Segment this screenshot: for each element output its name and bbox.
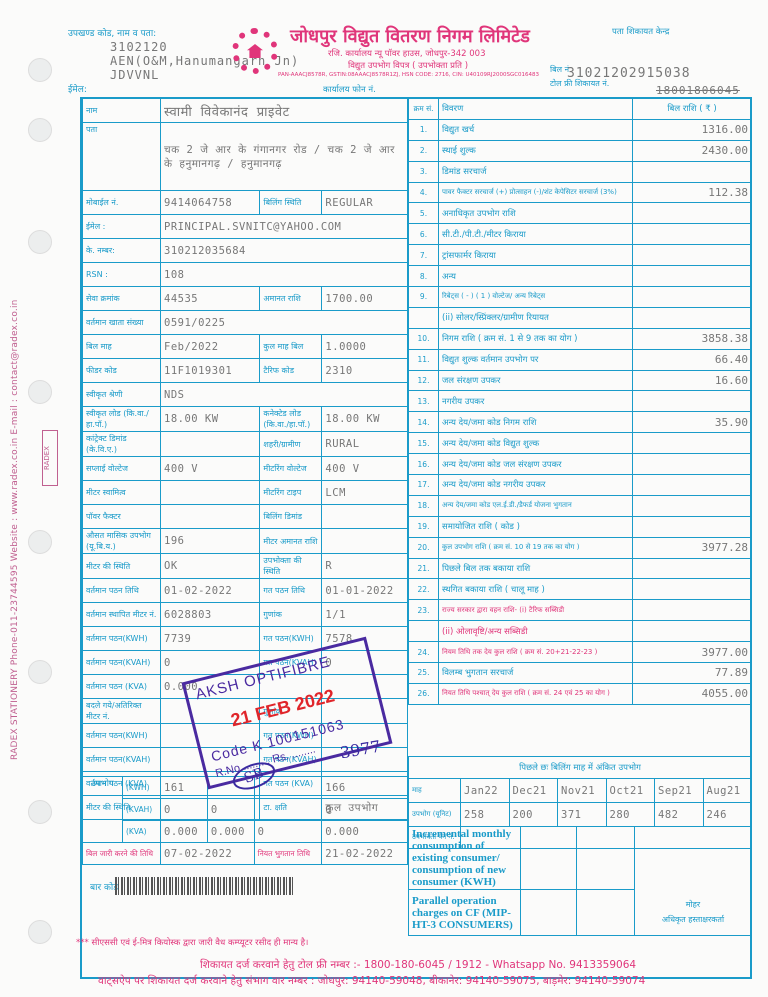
charge-desc: अन्य देय/जमा कोड नगरीय उपकर — [439, 475, 633, 496]
doc-type: विद्युत उपभोग विपत्र ( उपभोक्ता प्रति ) — [348, 60, 468, 71]
charge-row: 26.नियत तिथि पश्चात् देय कुल राशि ( क्रम… — [409, 683, 752, 704]
charge-no: 1. — [409, 119, 439, 140]
charge-amount — [633, 433, 752, 454]
punch-hole — [28, 230, 52, 254]
seal-label: मोहर — [638, 899, 748, 910]
charge-desc: अन्य देय/जमा कोड निगम राशि — [439, 412, 633, 433]
field-value: 01-02-2022 — [161, 579, 260, 603]
charge-row: (ii) ओलावृष्टि/अन्य सब्सिडी — [409, 621, 752, 642]
table-row: नामस्वामी विवेकानंद प्राइवेट — [83, 99, 408, 123]
field-value: 7739 — [161, 627, 260, 651]
charge-row: 20.कुल उपभोग राशि ( क्रम सं. 10 से 19 तक… — [409, 537, 752, 558]
charge-desc: राज्य सरकार द्वारा वहन राशि- (i) टैरिफ स… — [439, 600, 633, 621]
charge-no: 22. — [409, 579, 439, 600]
field-label: बिल माह — [83, 335, 161, 359]
charge-row: 13.नगरीय उपकर — [409, 391, 752, 412]
footer-tollfree: शिकायत दर्ज करवाने हेतु टोल फ्री नम्बर :… — [200, 958, 636, 972]
table-row: स्वीकृत लोड (कि.वा./हा.पॉ.)18.00 KWकनेक्… — [83, 407, 408, 432]
charge-no: 10. — [409, 328, 439, 349]
charge-no: 19. — [409, 516, 439, 537]
charge-amount: 16.60 — [633, 370, 752, 391]
tollfree-label: टोल फ्री शिकायत नं. — [550, 78, 609, 89]
field-label: गुणांक — [260, 603, 322, 627]
field-value — [322, 529, 408, 554]
field-label: पता — [83, 123, 161, 191]
field-value: LCM — [322, 481, 408, 505]
table-row: स्वीकृत श्रेणीNDS — [83, 383, 408, 407]
charge-no: 18. — [409, 495, 439, 516]
field-value: स्वामी विवेकानंद प्राइवेट — [161, 99, 408, 123]
consumption-value: 0 — [322, 799, 408, 821]
charge-row: 15.अन्य देय/जमा कोड विद्युत शुल्क — [409, 433, 752, 454]
charge-no: 7. — [409, 245, 439, 266]
field-value: 11F1019301 — [161, 359, 260, 383]
field-label: वर्तमान खाता संख्या — [83, 311, 161, 335]
history-label: माह — [409, 779, 461, 803]
bill-date-label: बिल जारी करने की तिथि — [83, 843, 161, 865]
charge-desc: स्थगित बकाया राशि ( चालू माह ) — [439, 579, 633, 600]
field-label: पॉवर फैक्टर — [83, 505, 161, 529]
charge-no: 11. — [409, 349, 439, 370]
charge-no: 21. — [409, 558, 439, 579]
charge-amount — [633, 579, 752, 600]
punch-hole — [28, 58, 52, 82]
email-label: ईमेल: — [68, 82, 87, 95]
charge-amount — [633, 600, 752, 621]
field-value: NDS — [161, 383, 408, 407]
charge-no: 20. — [409, 537, 439, 558]
history-title-row: पिछले छः बिलिंग माह में अंकित उपभोग — [409, 757, 752, 779]
field-label: गत पठन तिथि — [260, 579, 322, 603]
charge-no — [409, 621, 439, 642]
field-value: 2310 — [322, 359, 408, 383]
field-label: बदले गये/अतिरिक्त मीटर नं. — [83, 699, 161, 724]
table-row: मीटर की स्थितिOKउपभोक्ता की स्थितिR — [83, 554, 408, 579]
field-label: मीटर की स्थिति — [83, 554, 161, 579]
charge-row: 9.रिबेट्स ( - ) ( 1 ) वोल्टेज/ अन्य रिबे… — [409, 287, 752, 308]
field-value — [322, 505, 408, 529]
field-label: वर्तमान पठन(KVAH) — [83, 748, 161, 772]
field-label: कनेक्टेड लोड (कि.वा./हा.पॉ.) — [260, 407, 322, 432]
charge-desc: सी.टी./पी.टी./मीटर किराया — [439, 224, 633, 245]
field-value — [161, 432, 260, 457]
field-value: 18.00 KW — [322, 407, 408, 432]
field-label: वर्तमान पठन(KWH) — [83, 724, 161, 748]
table-row: पताचक 2 जे आर के गंगानगर रोड / चक 2 जे आ… — [83, 123, 408, 191]
field-label: वर्तमान पठन तिथि — [83, 579, 161, 603]
table-row: के. नम्बर:310212035684 — [83, 239, 408, 263]
consumption-value: 0 — [161, 799, 208, 821]
field-label: मीटरिंग टाइप — [260, 481, 322, 505]
charge-amount — [633, 475, 752, 496]
field-label: उपभोक्ता की स्थिति — [260, 554, 322, 579]
charge-amount — [633, 224, 752, 245]
charge-desc: ट्रांसफार्मर किराया — [439, 245, 633, 266]
charge-desc: विलम्ब भुगतान सरचार्ज — [439, 663, 633, 684]
charge-amount: 3977.00 — [633, 642, 752, 663]
charge-row: 14.अन्य देय/जमा कोड निगम राशि35.90 — [409, 412, 752, 433]
field-value: 400 V — [161, 457, 260, 481]
field-value: 0591/0225 — [161, 311, 408, 335]
field-value: R — [322, 554, 408, 579]
charge-no: 13. — [409, 391, 439, 412]
field-label: वर्तमान पठन(KWH) — [83, 627, 161, 651]
field-label: मोबाईल नं. — [83, 191, 161, 215]
charge-desc: पिछले बिल तक बकाया राशि — [439, 558, 633, 579]
printer-imprint: RADEX STATIONERY Phone-011-23744595 Webs… — [10, 299, 20, 760]
charges-table: क्रम सं.विवरणबिल राशि ( ₹ )1.विद्युत खर्… — [408, 98, 752, 705]
charge-amount — [633, 454, 752, 475]
col-desc-header: विवरण — [439, 99, 633, 120]
punch-hole — [28, 380, 52, 404]
field-value: 400 V — [322, 457, 408, 481]
consumption-value: 0.000 — [161, 821, 208, 843]
charge-amount — [633, 495, 752, 516]
field-label: स्वीकृत श्रेणी — [83, 383, 161, 407]
charge-desc: रिबेट्स ( - ) ( 1 ) वोल्टेज/ अन्य रिबेट्… — [439, 287, 633, 308]
punch-hole — [28, 800, 52, 824]
charge-amount — [633, 287, 752, 308]
charge-row: 6.सी.टी./पी.टी./मीटर किराया — [409, 224, 752, 245]
charge-no: 26. — [409, 683, 439, 704]
charge-amount: 77.89 — [633, 663, 752, 684]
charge-no: 17. — [409, 475, 439, 496]
unit-label: (KWH) — [123, 777, 161, 799]
office-phone-label: कार्यालय फोन नं. — [323, 84, 376, 95]
dates-row: बिल जारी करने की तिथि07-02-2022नियत भुगत… — [83, 843, 408, 865]
charge-no: 9. — [409, 287, 439, 308]
charge-desc: (ii) सोलर/स्प्रिंक्लर/ग्रामीण रियायत — [439, 307, 633, 328]
field-label: मीटरिंग वोल्टेज — [260, 457, 322, 481]
charge-row: 10.निगम राशि ( क्रम सं. 1 से 9 तक का योग… — [409, 328, 752, 349]
field-value: Feb/2022 — [161, 335, 260, 359]
charge-desc: समायोजित राशि ( कोड ) — [439, 516, 633, 537]
charge-no: 2. — [409, 140, 439, 161]
table-row: पॉवर फैक्टरबिलिंग डिमांड — [83, 505, 408, 529]
charge-desc: (ii) ओलावृष्टि/अन्य सब्सिडी — [439, 621, 633, 642]
table-header: क्रम सं.विवरणबिल राशि ( ₹ ) — [409, 99, 752, 120]
field-label: वर्तमान पठन (KVA) — [83, 675, 161, 699]
charge-row: 1.विद्युत खर्च1316.00 — [409, 119, 752, 140]
charge-no: 23. — [409, 600, 439, 621]
misc-table: Incremental monthly consumption of exist… — [408, 826, 752, 936]
charge-amount — [633, 266, 752, 287]
charge-desc: स्थाई शुल्क — [439, 140, 633, 161]
field-label: कुल माह बिल — [260, 335, 322, 359]
field-value: 1/1 — [322, 603, 408, 627]
field-label: कांट्रेक्ट डिमांड (के.वि.ए.) — [83, 432, 161, 457]
due-date: 21-02-2022 — [322, 843, 408, 865]
consumption-value: 0.000 — [207, 821, 254, 843]
charge-desc: नगरीय उपकर — [439, 391, 633, 412]
history-value: 200 — [509, 803, 558, 827]
table-row: बिल माहFeb/2022कुल माह बिल1.0000 — [83, 335, 408, 359]
jdvvnl-logo-icon — [232, 28, 278, 74]
history-value: Aug21 — [703, 779, 752, 803]
org-pan: PAN-AAACJ8578R, GSTIN:08AAACJ8578R1ZJ, H… — [278, 72, 539, 78]
complaint-center-label: पता शिकायत केन्द्र — [612, 26, 669, 37]
charge-no: 16. — [409, 454, 439, 475]
subdivision-org: JDVVNL — [110, 68, 299, 82]
tollfree-number: 18001806045 — [656, 84, 740, 97]
charge-row: (ii) सोलर/स्प्रिंक्लर/ग्रामीण रियायत — [409, 307, 752, 328]
charge-row: 5.अनाधिकृत उपभोग राशि — [409, 203, 752, 224]
field-label: अमानत राशि — [260, 287, 322, 311]
charge-row: 21.पिछले बिल तक बकाया राशि — [409, 558, 752, 579]
charge-no: 24. — [409, 642, 439, 663]
charge-row: 16.अन्य देय/जमा कोड जल संरक्षण उपकर — [409, 454, 752, 475]
charge-amount — [633, 621, 752, 642]
charge-no: 15. — [409, 433, 439, 454]
charge-desc: अन्य देय/जमा कोड विद्युत शुल्क — [439, 433, 633, 454]
consumption-label: उपभोग — [83, 777, 123, 843]
charge-desc: विद्युत शुल्क वर्तमान उपभोग पर — [439, 349, 633, 370]
field-value: REGULAR — [322, 191, 408, 215]
field-label: सेवा क्रमांक — [83, 287, 161, 311]
incremental-label: Incremental monthly consumption of exist… — [409, 827, 521, 890]
charge-row: 23.राज्य सरकार द्वारा वहन राशि- (i) टैरि… — [409, 600, 752, 621]
field-label: ईमेल : — [83, 215, 161, 239]
table-row: फीडर कोड11F1019301टैरिफ कोड2310 — [83, 359, 408, 383]
field-label: वर्तमान पठन(KVAH) — [83, 651, 161, 675]
history-row: माहJan22Dec21Nov21Oct21Sep21Aug21 — [409, 779, 752, 803]
charge-desc: विद्युत खर्च — [439, 119, 633, 140]
charge-no: 6. — [409, 224, 439, 245]
charge-amount — [633, 203, 752, 224]
charge-amount: 2430.00 — [633, 140, 752, 161]
field-value: 196 — [161, 529, 260, 554]
field-label: RSN : — [83, 263, 161, 287]
consumption-value: 161 — [161, 777, 208, 799]
table-row: मीटर स्वामित्वमीटरिंग टाइपLCM — [83, 481, 408, 505]
field-label: मीटर स्वामित्व — [83, 481, 161, 505]
due-date-label: नियत भुगतान तिथि — [254, 843, 322, 865]
charge-amount — [633, 307, 752, 328]
field-label: शहरी/ग्रामीण — [260, 432, 322, 457]
punch-hole — [28, 920, 52, 944]
table-row: वर्तमान स्थापित मीटर नं.6028803गुणांक1/1 — [83, 603, 408, 627]
charge-row: 3.डिमांड सरचार्ज — [409, 161, 752, 182]
charge-no: 25. — [409, 663, 439, 684]
charge-row: 24.नियम तिथि तक देय कुल राशि ( क्रम सं. … — [409, 642, 752, 663]
history-title: पिछले छः बिलिंग माह में अंकित उपभोग — [409, 757, 752, 779]
table-row: RSN :108 — [83, 263, 408, 287]
charge-desc: अन्य देय/जमा कोड एल.ई.डी./डैफर्ड योजना भ… — [439, 495, 633, 516]
field-label: सप्लाई वोल्टेज — [83, 457, 161, 481]
charge-desc: नियम तिथि तक देय कुल राशि ( क्रम सं. 20+… — [439, 642, 633, 663]
col-amt-header: बिल राशि ( ₹ ) — [633, 99, 752, 120]
consumption-value — [254, 799, 322, 821]
charge-row: 22.स्थगित बकाया राशि ( चालू माह ) — [409, 579, 752, 600]
charge-desc: कुल उपभोग राशि ( क्रम सं. 10 से 19 तक का… — [439, 537, 633, 558]
field-value: 9414064758 — [161, 191, 260, 215]
history-value: Nov21 — [558, 779, 607, 803]
field-value — [161, 481, 260, 505]
consumption-value: 0.000 — [322, 821, 408, 843]
charge-row: 18.अन्य देय/जमा कोड एल.ई.डी./डैफर्ड योजन… — [409, 495, 752, 516]
charge-row: 12.जल संरक्षण उपकर16.60 — [409, 370, 752, 391]
charge-amount: 66.40 — [633, 349, 752, 370]
field-label: बिलिंग डिमांड — [260, 505, 322, 529]
payment-notice: *** सीएससी एवं ई-मित्र कियोस्क द्वारा जा… — [76, 937, 308, 948]
history-label: उपभोग (यूनिट) — [409, 803, 461, 827]
bill-date: 07-02-2022 — [161, 843, 255, 865]
charge-no — [409, 307, 439, 328]
field-value: 1700.00 — [322, 287, 408, 311]
table-row: कांट्रेक्ट डिमांड (के.वि.ए.)शहरी/ग्रामीण… — [83, 432, 408, 457]
charge-row: 19.समायोजित राशि ( कोड ) — [409, 516, 752, 537]
charge-amount: 3977.28 — [633, 537, 752, 558]
unit-label: (KVA) — [123, 821, 161, 843]
charge-amount — [633, 245, 752, 266]
field-label: औसत मासिक उपभोग (यू.बि.य.) — [83, 529, 161, 554]
charge-amount — [633, 516, 752, 537]
charge-no: 14. — [409, 412, 439, 433]
consumption-value: 0 — [207, 799, 254, 821]
consumption-value: 166 — [322, 777, 408, 799]
table-row: वर्तमान खाता संख्या0591/0225 — [83, 311, 408, 335]
parallel-label: Parallel operation charges on CF (MIP-HT… — [409, 890, 521, 936]
field-value: RURAL — [322, 432, 408, 457]
table-row: ईमेल :PRINCIPAL.SVNITC@YAHOO.COM — [83, 215, 408, 239]
field-label: वर्तमान स्थापित मीटर नं. — [83, 603, 161, 627]
field-value: चक 2 जे आर के गंगानगर रोड / चक 2 जे आर क… — [161, 123, 408, 191]
table-row: वर्तमान पठन तिथि01-02-2022गत पठन तिथि01-… — [83, 579, 408, 603]
field-value: 1.0000 — [322, 335, 408, 359]
field-label: नाम — [83, 99, 161, 123]
punch-hole — [28, 530, 52, 554]
charge-amount: 4055.00 — [633, 683, 752, 704]
charge-amount: 35.90 — [633, 412, 752, 433]
charge-no: 5. — [409, 203, 439, 224]
field-label: गत पठन(KWH) — [260, 627, 322, 651]
history-value: Sep21 — [655, 779, 704, 803]
table-row: मोबाईल नं.9414064758बिलिंग स्थितिREGULAR — [83, 191, 408, 215]
field-value: PRINCIPAL.SVNITC@YAHOO.COM — [161, 215, 408, 239]
field-value: OK — [161, 554, 260, 579]
history-value: 258 — [461, 803, 510, 827]
table-row: औसत मासिक उपभोग (यू.बि.य.)196मीटर अमानत … — [83, 529, 408, 554]
consumption-value: 0 — [254, 821, 322, 843]
org-title: जोधपुर विद्युत वितरण निगम लिमिटेड — [290, 24, 530, 48]
field-value: 01-01-2022 — [322, 579, 408, 603]
bill-paper: RADEX STATIONERY Phone-011-23744595 Webs… — [0, 0, 768, 997]
charge-desc: जल संरक्षण उपकर — [439, 370, 633, 391]
charge-row: 11.विद्युत शुल्क वर्तमान उपभोग पर66.40 — [409, 349, 752, 370]
field-label: बिलिंग स्थिति — [260, 191, 322, 215]
charge-no: 8. — [409, 266, 439, 287]
field-value — [161, 505, 260, 529]
charge-row: 17.अन्य देय/जमा कोड नगरीय उपकर — [409, 475, 752, 496]
charge-desc: पावर फैक्टर सरचार्ज (+) प्रोत्साहन (-)/श… — [439, 182, 633, 203]
field-label: स्वीकृत लोड (कि.वा./हा.पॉ.) — [83, 407, 161, 432]
charge-desc: अन्य देय/जमा कोड जल संरक्षण उपकर — [439, 454, 633, 475]
history-value: Dec21 — [509, 779, 558, 803]
charge-desc: नियत तिथि पश्चात् देय कुल राशि ( क्रम सं… — [439, 683, 633, 704]
charge-amount: 1316.00 — [633, 119, 752, 140]
signatory-label: अधिकृत हस्ताक्षरकर्ता — [638, 914, 748, 925]
unit-label: (KVAH) — [123, 799, 161, 821]
field-label: के. नम्बर: — [83, 239, 161, 263]
charge-no: 3. — [409, 161, 439, 182]
printer-stamp: RADEX — [42, 430, 58, 486]
org-address: रजि. कार्यालय न्यू पॉवर हाउस, जोधपुर-342… — [328, 48, 486, 59]
charge-row: 7.ट्रांसफार्मर किराया — [409, 245, 752, 266]
charge-amount — [633, 391, 752, 412]
field-value: 108 — [161, 263, 408, 287]
history-row: उपभोग (यूनिट)258200371280482246 — [409, 803, 752, 827]
field-value: 18.00 KW — [161, 407, 260, 432]
barcode — [115, 877, 295, 895]
history-value: 482 — [655, 803, 704, 827]
charge-amount: 112.38 — [633, 182, 752, 203]
charge-desc: अनाधिकृत उपभोग राशि — [439, 203, 633, 224]
charge-row: 8.अन्य — [409, 266, 752, 287]
charge-row: 25.विलम्ब भुगतान सरचार्ज77.89 — [409, 663, 752, 684]
charge-no: 4. — [409, 182, 439, 203]
table-row: सेवा क्रमांक44535अमानत राशि1700.00 — [83, 287, 408, 311]
charge-desc: डिमांड सरचार्ज — [439, 161, 633, 182]
charge-amount — [633, 558, 752, 579]
history-value: Oct21 — [606, 779, 655, 803]
field-label: मीटर अमानत राशि — [260, 529, 322, 554]
punch-hole — [28, 118, 52, 142]
field-label: टैरिफ कोड — [260, 359, 322, 383]
history-value: 280 — [606, 803, 655, 827]
field-label: फीडर कोड — [83, 359, 161, 383]
table-row: सप्लाई वोल्टेज400 Vमीटरिंग वोल्टेज400 V — [83, 457, 408, 481]
history-value: 371 — [558, 803, 607, 827]
field-value: 6028803 — [161, 603, 260, 627]
consumption-row: (KVA)0.0000.00000.000 — [83, 821, 408, 843]
charge-amount: 3858.38 — [633, 328, 752, 349]
charge-row: 4.पावर फैक्टर सरचार्ज (+) प्रोत्साहन (-)… — [409, 182, 752, 203]
history-value: Jan22 — [461, 779, 510, 803]
charge-desc: निगम राशि ( क्रम सं. 1 से 9 तक का योग ) — [439, 328, 633, 349]
history-value: 246 — [703, 803, 752, 827]
charge-desc: अन्य — [439, 266, 633, 287]
punch-hole — [28, 660, 52, 684]
subdivision-label: उपखण्ड कोड, नाम व पता: — [68, 26, 156, 39]
field-value: 310212035684 — [161, 239, 408, 263]
charge-row: 2.स्थाई शुल्क2430.00 — [409, 140, 752, 161]
charge-no: 12. — [409, 370, 439, 391]
charge-amount — [633, 161, 752, 182]
consumption-row: (KVAH)000 — [83, 799, 408, 821]
field-value: 44535 — [161, 287, 260, 311]
col-no-header: क्रम सं. — [409, 99, 439, 120]
footer-whatsapp: वाट्सऐप पर शिकायत दर्ज करवाने हेतु संभाग… — [98, 974, 645, 988]
